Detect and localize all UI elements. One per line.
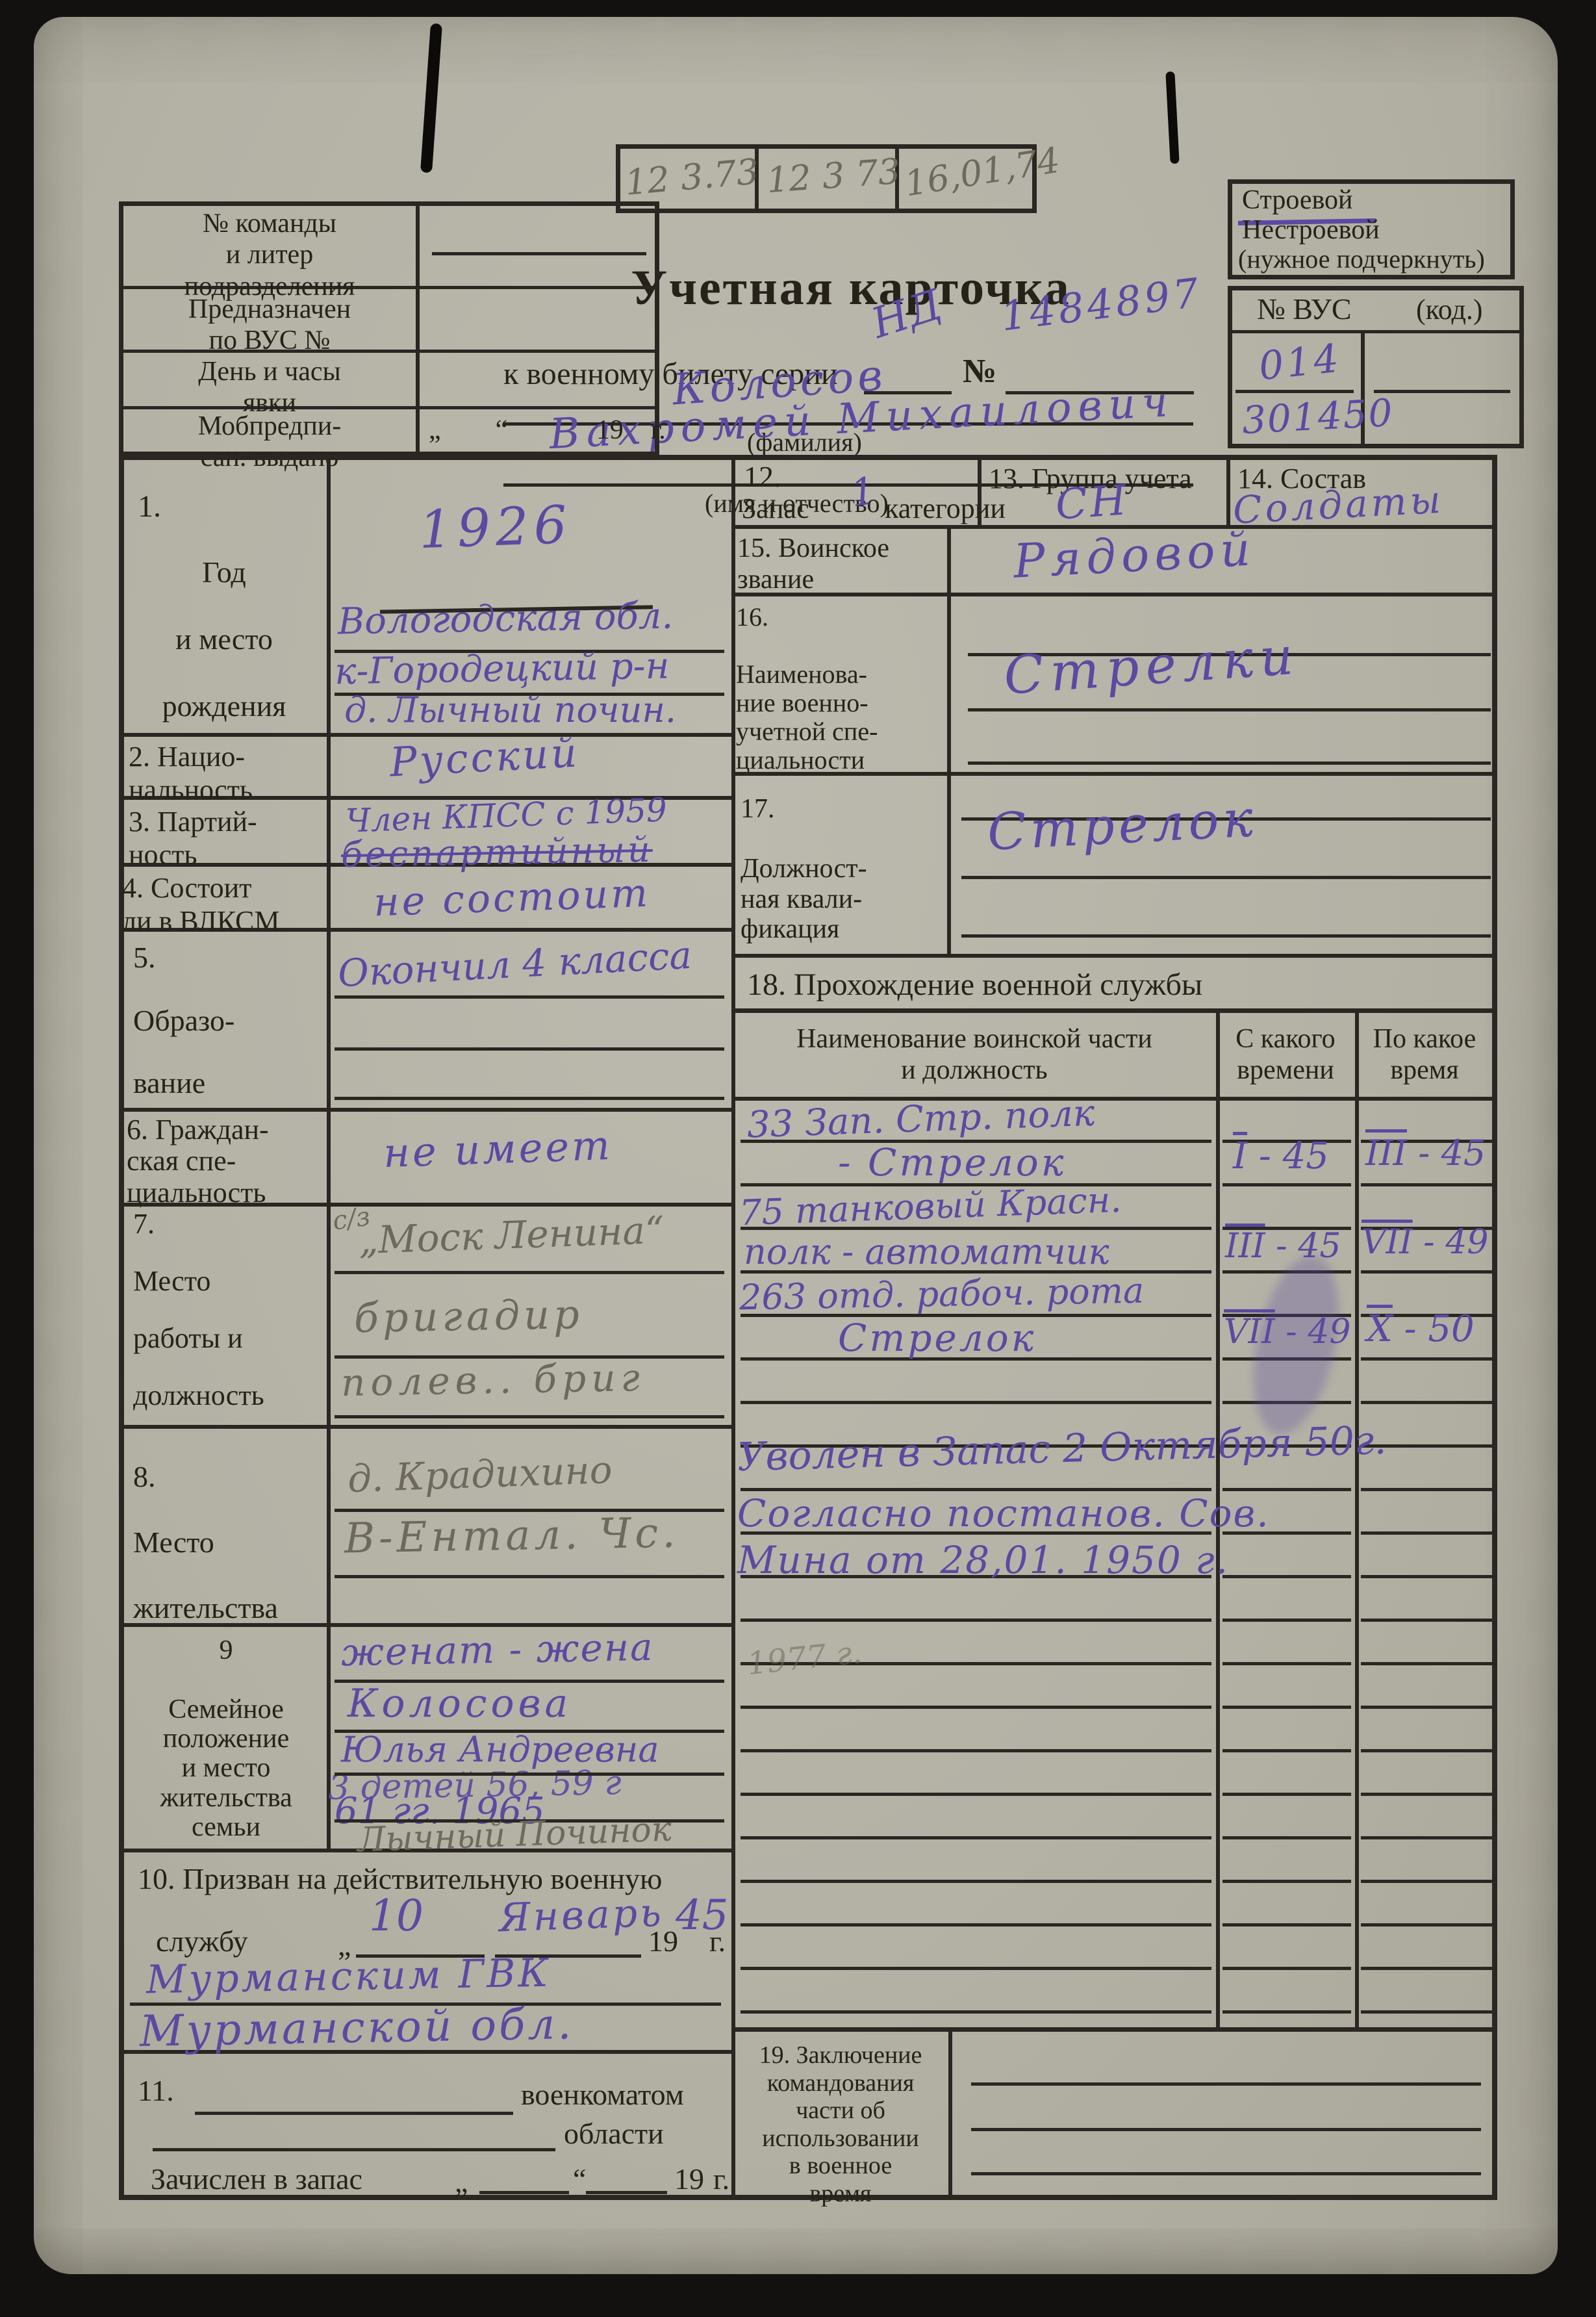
number-sign: № xyxy=(963,352,996,391)
rule-line xyxy=(968,762,1491,765)
label-vus-purpose: Предназначен по ВУС № xyxy=(127,294,412,357)
item4-label: 4. Состоит ли в ВЛКСМ xyxy=(122,872,280,938)
stamp-date-2: 12 3 73 xyxy=(765,154,901,198)
service-row3-to: X - 50 xyxy=(1367,1311,1475,1348)
roman-numeral: VII xyxy=(1362,1223,1413,1262)
rule-line xyxy=(586,2191,667,2194)
service-row1-to: III - 45 xyxy=(1365,1136,1486,1171)
roman-numeral: III xyxy=(1365,1133,1407,1173)
civil-specialty-value: не имеет xyxy=(383,1125,613,1173)
item1-label: Год и место рождения xyxy=(127,556,322,723)
work-position-value: бригадир xyxy=(353,1294,583,1338)
rule-line xyxy=(335,1415,724,1418)
year-value: - 45 xyxy=(1407,1133,1486,1173)
vus-value-1: 014 xyxy=(1257,339,1343,387)
right-label-divider xyxy=(947,525,951,954)
family-line3: Юлья Андреевна xyxy=(341,1732,659,1767)
label-nestroevoi: Нестроевой xyxy=(1242,214,1380,246)
item12-number: 12. xyxy=(744,460,781,494)
rule-line xyxy=(335,1271,724,1274)
discharge-note-line2: Согласно постанов. Сов. xyxy=(737,1494,1270,1532)
residence-line2: В-Ентал. Чс. xyxy=(344,1513,679,1560)
service-table-header-from: С какого времени xyxy=(1219,1023,1352,1086)
rule-line xyxy=(335,1047,724,1051)
work-position-value2: полев.. бриг xyxy=(341,1359,646,1402)
vlksm-value: не состоит xyxy=(373,874,651,923)
party-struck-value: беспартийный xyxy=(341,832,653,873)
item10-word: службу xyxy=(156,1925,248,1959)
item7-label: 7. Место работы и должность xyxy=(133,1210,264,1410)
birth-year-value: 1926 xyxy=(418,499,573,556)
service-row2-position: полк - автоматчик xyxy=(744,1235,1109,1270)
rule-line xyxy=(971,2128,1481,2131)
call-up-day: 10 xyxy=(369,1895,424,1938)
rule-line xyxy=(961,876,1491,879)
item11-g: г. xyxy=(713,2162,729,2197)
year-value: - 49 xyxy=(1413,1223,1489,1262)
service-table-header-to: По какое время xyxy=(1358,1023,1491,1086)
nationality-value: Русский xyxy=(389,732,581,782)
vus-value-2: 301450 xyxy=(1241,394,1395,439)
service-table-col-divider xyxy=(1355,1008,1359,2027)
label-vus-code: (код.) xyxy=(1416,294,1483,327)
roman-numeral: III xyxy=(1225,1227,1265,1266)
row-divider xyxy=(119,1108,731,1112)
label-stroevoi: Строевой xyxy=(1242,185,1353,216)
call-up-month: Январь xyxy=(498,1893,665,1938)
item2-label: 2. Нацио- нальность xyxy=(129,741,253,806)
rule-line xyxy=(971,2172,1481,2175)
year-value: - 50 xyxy=(1393,1308,1475,1350)
rule-line xyxy=(971,2082,1481,2086)
year-value: - 45 xyxy=(1247,1135,1329,1177)
rule-line xyxy=(961,934,1491,938)
item3-label: 3. Партий- ность xyxy=(129,806,257,871)
reserve-category-value: 1 xyxy=(848,472,878,513)
service-table-header-unit: Наименование воинской части и должность xyxy=(741,1023,1208,1086)
work-place-value: „Моск Ленина“ xyxy=(358,1211,665,1259)
call-up-oblast: Мурманской обл. xyxy=(139,2003,574,2053)
item17-label: 17. Должност- ная квали- фикация xyxy=(741,794,867,944)
item10-19: 19 xyxy=(648,1925,678,1959)
label-team-number: № команды и литер подразделения xyxy=(127,208,412,302)
birth-place-line2: к-Городецкий р-н xyxy=(335,648,670,691)
item11-enlisted: Зачислен в запас xyxy=(151,2162,362,2197)
item19-top-rule xyxy=(731,2027,1497,2032)
row-divider xyxy=(119,1425,731,1429)
row-divider xyxy=(731,954,1497,958)
item6-label: 6. Граждан- ская спе- циальность xyxy=(127,1114,269,1209)
label-day-hours: День и часы явки xyxy=(127,356,412,419)
record-group-value: СН xyxy=(1054,480,1130,526)
item1-number: 1. xyxy=(138,489,161,524)
vus-rule xyxy=(1235,390,1354,393)
rule-line xyxy=(335,1097,724,1100)
label-vus-number: № ВУС xyxy=(1257,292,1352,327)
military-rank-value: Рядовой xyxy=(1012,525,1256,584)
mobilization-box-divider xyxy=(416,206,420,452)
item19-label: 19. Заключение командования части об исп… xyxy=(736,2042,945,2207)
service-row1-position: - Стрелок xyxy=(838,1144,1066,1181)
position-qualification-value: Стрелок xyxy=(986,793,1258,858)
vus-code-rule xyxy=(1374,390,1510,393)
birth-place-line1: Вологодская обл. xyxy=(338,598,674,641)
birth-place-line3: д. Лычный почин. xyxy=(344,693,676,728)
item9-label: 9 Семейное положение и место жительства … xyxy=(122,1636,330,1843)
residence-line1: д. Крадихино xyxy=(347,1451,613,1498)
rule-line xyxy=(479,2191,569,2194)
main-center-divider xyxy=(731,455,735,2200)
item12-zapas: Запас xyxy=(742,493,809,526)
service-row2-from: III - 45 xyxy=(1225,1229,1341,1263)
vus-header-rule xyxy=(1232,330,1519,333)
family-line2: Колосова xyxy=(348,1684,572,1723)
item11-number: 11. xyxy=(138,2074,174,2108)
roman-numeral: X xyxy=(1367,1308,1393,1350)
label-underline-note: (нужное подчеркнуть) xyxy=(1238,244,1485,274)
rule-line xyxy=(335,1773,724,1776)
item11-oblast: области xyxy=(564,2117,664,2151)
item12-category: категории xyxy=(885,493,1006,526)
item5-label: 5. Образо- вание xyxy=(133,942,234,1099)
mobilization-issued-blank: „ “ 19 г. xyxy=(429,415,656,446)
service-row2-to: VII - 49 xyxy=(1362,1225,1488,1259)
team-number-blank xyxy=(432,252,646,255)
item15-label: 15. Воинское звание xyxy=(737,533,889,596)
item10-g: г. xyxy=(709,1925,726,1959)
rule-line xyxy=(335,995,724,999)
item11-voenkomat: военкоматом xyxy=(521,2078,684,2112)
item18-title: 18. Прохождение военной службы xyxy=(747,967,1202,1003)
col-divider-13-14 xyxy=(1226,455,1230,525)
item19-label-divider xyxy=(948,2027,952,2200)
service-row3-position: Стрелок xyxy=(838,1319,1036,1357)
rule-line xyxy=(153,2148,555,2151)
item11-19: 19 xyxy=(674,2162,704,2197)
family-line1: женат - жена xyxy=(341,1628,654,1671)
call-up-gvk: Мурманским ГВК xyxy=(146,1954,551,2000)
item11-q1: „ xyxy=(455,2165,468,2199)
roman-numeral: I xyxy=(1233,1135,1247,1177)
rule-line xyxy=(335,1575,724,1578)
item8-label: 8. Место жительства xyxy=(133,1461,278,1625)
rule-line xyxy=(968,708,1491,711)
item11-q2: “ xyxy=(573,2162,586,2197)
service-row3-unit: 263 отд. рабоч. рота xyxy=(739,1274,1145,1316)
item16-label: 16. Наименова- ние военно- учетной спе- … xyxy=(736,603,878,774)
service-row1-from: I - 45 xyxy=(1233,1138,1329,1175)
composition-value: Солдаты xyxy=(1232,481,1445,530)
rule-line xyxy=(195,2112,513,2115)
discharge-note-line3: Мина от 28,01. 1950 г. xyxy=(737,1541,1229,1579)
service-table-top xyxy=(731,1008,1497,1013)
